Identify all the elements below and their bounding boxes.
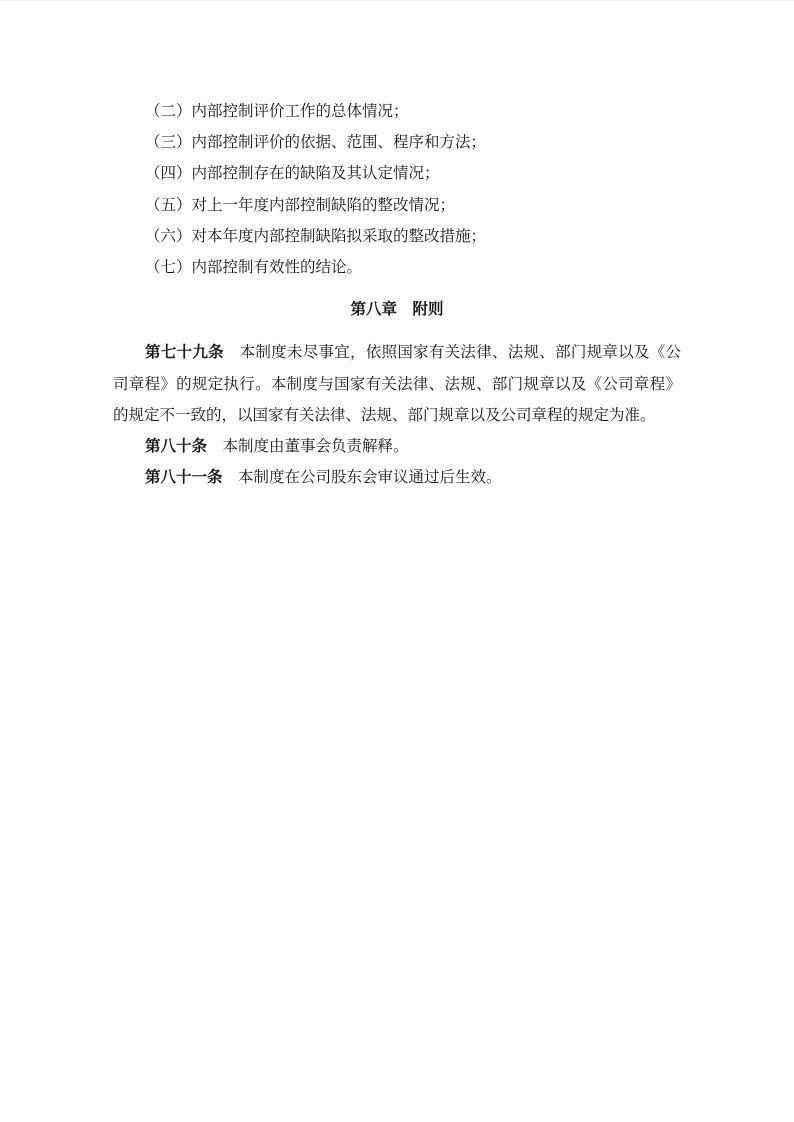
list-item: （五）对上一年度内部控制缺陷的整改情况； <box>113 190 681 221</box>
article-text: 本制度由董事会负责解释。 <box>207 438 409 455</box>
list-item: （三）内部控制评价的依据、范围、程序和方法； <box>113 127 681 158</box>
list-item: （七）内部控制有效性的结论。 <box>113 252 681 283</box>
articles-section: 第七十九条 本制度未尽事宜，依照国家有关法律、法规、部门规章以及《公司章程》的规… <box>113 337 681 493</box>
list-item: （四）内部控制存在的缺陷及其认定情况； <box>113 158 681 189</box>
article-paragraph: 第八十一条 本制度在公司股东会审议通过后生效。 <box>113 462 681 493</box>
chapter-heading: 第八章 附则 <box>113 294 681 325</box>
article-number: 第八十条 <box>145 438 207 455</box>
document-page: （二）内部控制评价工作的总体情况； （三）内部控制评价的依据、范围、程序和方法；… <box>0 0 794 1122</box>
article-paragraph: 第八十条 本制度由董事会负责解释。 <box>113 431 681 462</box>
article-text: 本制度在公司股东会审议通过后生效。 <box>223 469 502 486</box>
article-number: 第八十一条 <box>145 469 223 486</box>
list-item: （二）内部控制评价工作的总体情况； <box>113 96 681 127</box>
article-paragraph: 第七十九条 本制度未尽事宜，依照国家有关法律、法规、部门规章以及《公司章程》的规… <box>113 337 681 431</box>
clause-list: （二）内部控制评价工作的总体情况； （三）内部控制评价的依据、范围、程序和方法；… <box>113 96 681 283</box>
list-item: （六）对本年度内部控制缺陷拟采取的整改措施； <box>113 221 681 252</box>
article-number: 第七十九条 <box>145 344 224 361</box>
